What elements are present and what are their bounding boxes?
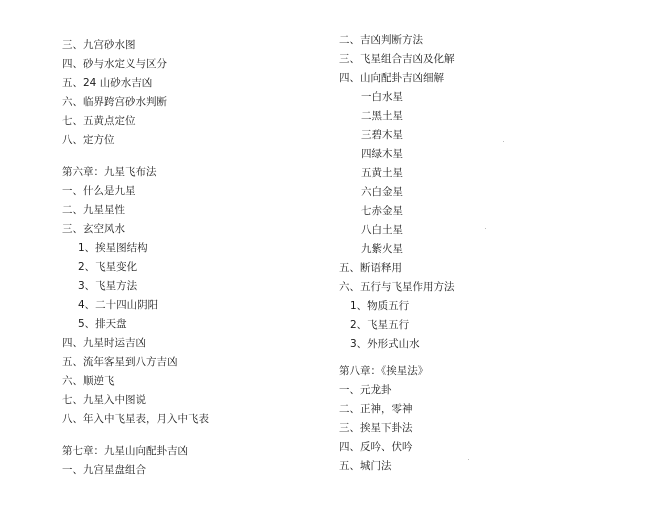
scan-speck — [485, 228, 486, 229]
toc-entry: 八白土星 — [361, 223, 403, 237]
toc-entry: 九紫火星 — [361, 242, 403, 256]
toc-entry: 八、定方位 — [62, 133, 115, 147]
toc-entry: 一、元龙卦 — [339, 383, 392, 397]
toc-entry: 2、飞星变化 — [78, 260, 137, 274]
toc-entry: 二、九星星性 — [62, 203, 125, 217]
toc-entry: 二、吉凶判断方法 — [339, 33, 423, 47]
toc-entry: 4、二十四山阴阳 — [78, 298, 158, 312]
toc-entry: 1、物质五行 — [350, 299, 409, 313]
toc-entry: 八、年入中飞星表，月入中飞表 — [62, 412, 209, 426]
toc-entry: 一、什么是九星 — [62, 184, 136, 198]
toc-entry: 三碧木星 — [361, 128, 403, 142]
toc-entry: 六、顺逆飞 — [62, 374, 115, 388]
toc-entry: 二黑土星 — [361, 109, 403, 123]
toc-entry: 三、九宫砂水图 — [62, 38, 136, 52]
toc-entry: 3、外形式山水 — [350, 337, 420, 351]
toc-entry: 七赤金星 — [361, 204, 403, 218]
toc-entry: 五、断语释用 — [339, 261, 402, 275]
toc-entry: 六、临界跨宫砂水判断 — [62, 95, 167, 109]
toc-entry: 五、流年客星到八方吉凶 — [62, 355, 178, 369]
toc-entry: 四、九星时运吉凶 — [62, 336, 146, 350]
toc-entry: 三、玄空风水 — [62, 222, 125, 236]
toc-entry: 六、五行与飞星作用方法 — [339, 280, 455, 294]
scan-speck — [503, 141, 504, 142]
toc-entry: 五、城门法 — [339, 459, 392, 473]
toc-entry: 七、九星入中图说 — [62, 393, 146, 407]
toc-entry: 四、反吟、伏吟 — [339, 440, 413, 454]
toc-entry: 1、挨星图结构 — [78, 241, 148, 255]
chapter-heading: 第六章：九星飞布法 — [62, 165, 157, 179]
toc-entry: 七、五黄点定位 — [62, 114, 136, 128]
toc-entry: 三、飞星组合吉凶及化解 — [339, 52, 455, 66]
toc-entry: 四绿木星 — [361, 147, 403, 161]
scan-speck — [468, 459, 469, 460]
toc-entry: 六白金星 — [361, 185, 403, 199]
toc-entry: 五黄土星 — [361, 166, 403, 180]
chapter-heading: 第七章：九星山向配卦吉凶 — [62, 444, 188, 458]
toc-entry: 一白水星 — [361, 90, 403, 104]
toc-entry: 五、24 山砂水吉凶 — [62, 76, 152, 90]
toc-entry: 5、排天盘 — [78, 317, 127, 331]
toc-entry: 四、山向配卦吉凶细解 — [339, 71, 444, 85]
toc-entry: 三、挨星下卦法 — [339, 421, 413, 435]
toc-entry: 3、飞星方法 — [78, 279, 137, 293]
toc-entry: 一、九宫星盘组合 — [62, 463, 146, 477]
chapter-heading: 第八章：《挨星法》 — [339, 364, 428, 378]
toc-entry: 2、飞星五行 — [350, 318, 409, 332]
toc-entry: 四、砂与水定义与区分 — [62, 57, 167, 71]
toc-entry: 二、正神，零神 — [339, 402, 413, 416]
